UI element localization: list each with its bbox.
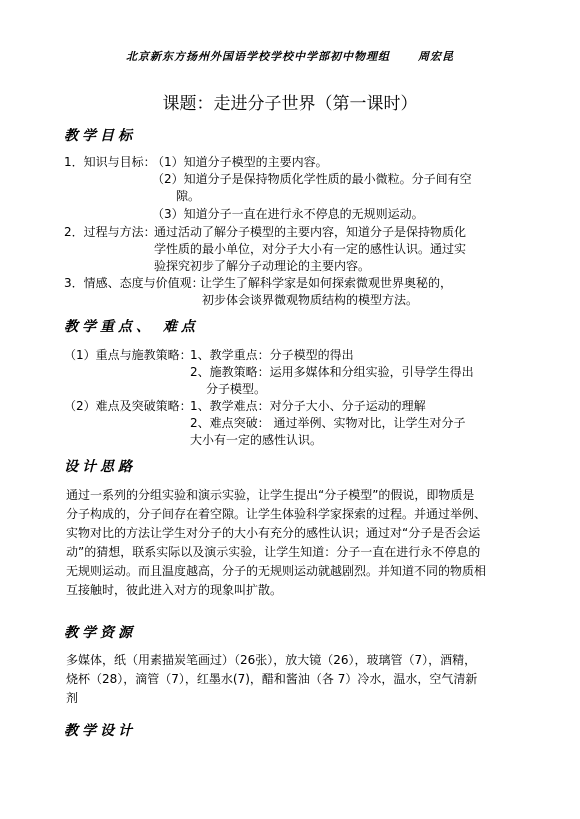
process-line-3: 验探究初步了解分子动理论的主要内容。 [154, 258, 370, 274]
focus-line-2: 2、施教策略：运用多媒体和分组实验，引导学生得出 [190, 364, 474, 380]
process-line-1: 通过活动了解分子模型的主要内容，知道分子是保持物质化 [154, 224, 466, 240]
focus-label: （1）重点与施教策略： [64, 347, 192, 363]
focus-line-1: 1、教学重点：分子模型的得出 [190, 347, 354, 363]
emotion-label: 3．情感、态度与价值观： [64, 275, 204, 291]
section-heading-keypoints: 教学重点、 难点 [64, 316, 199, 336]
section-heading-teaching-design: 教学设计 [64, 720, 136, 740]
document-header: 北京新东方扬州外国语学校学校中学部初中物理组周宏昆 [0, 48, 580, 64]
section-heading-objectives: 教学目标 [64, 125, 136, 145]
process-line-2: 学性质的最小单位，对分子大小有一定的感性认识。通过实 [154, 241, 466, 257]
emotion-line-1: 让学生了解科学家是如何探索微观世界奥秘的， [200, 275, 452, 291]
knowledge-item-1: （1）知道分子模型的主要内容。 [152, 154, 328, 170]
author-name: 周宏昆 [418, 50, 454, 63]
knowledge-label: 1．知识与目标： [64, 154, 156, 170]
section-heading-resources: 教学资源 [64, 622, 136, 642]
emotion-line-2: 初步体会谈界微观物质结构的模型方法。 [202, 292, 418, 308]
school-name: 北京新东方扬州外国语学校学校中学部初中物理组 [126, 50, 390, 63]
difficulty-line-1: 1、教学难点：对分子大小、分子运动的理解 [190, 398, 426, 414]
knowledge-item-2-cont: 隙。 [176, 188, 200, 204]
difficulty-line-3: 大小有一定的感性认识。 [190, 432, 322, 448]
resources-paragraph: 多媒体，纸（用素描炭笔画过）（26张），放大镜（26），玻璃管（7），酒精，烧杯… [66, 651, 486, 708]
focus-line-3: 分子模型。 [206, 381, 266, 397]
difficulty-line-2: 2、难点突破： 通过举例、实物对比，让学生对分子 [190, 415, 465, 431]
process-label: 2．过程与方法： [64, 224, 156, 240]
difficulty-label: （2）难点及突破策略： [64, 398, 192, 414]
lesson-title: 课题：走进分子世界（第一课时） [0, 89, 580, 114]
design-paragraph: 通过一系列的分组实验和演示实验，让学生提出“分子模型”的假说，即物质是分子构成的… [66, 486, 486, 600]
knowledge-item-3: （3）知道分子一直在进行永不停息的无规则运动。 [152, 206, 424, 222]
knowledge-item-2: （2）知道分子是保持物质化学性质的最小微粒。分子间有空 [152, 171, 472, 187]
section-heading-design: 设计思路 [64, 456, 136, 476]
